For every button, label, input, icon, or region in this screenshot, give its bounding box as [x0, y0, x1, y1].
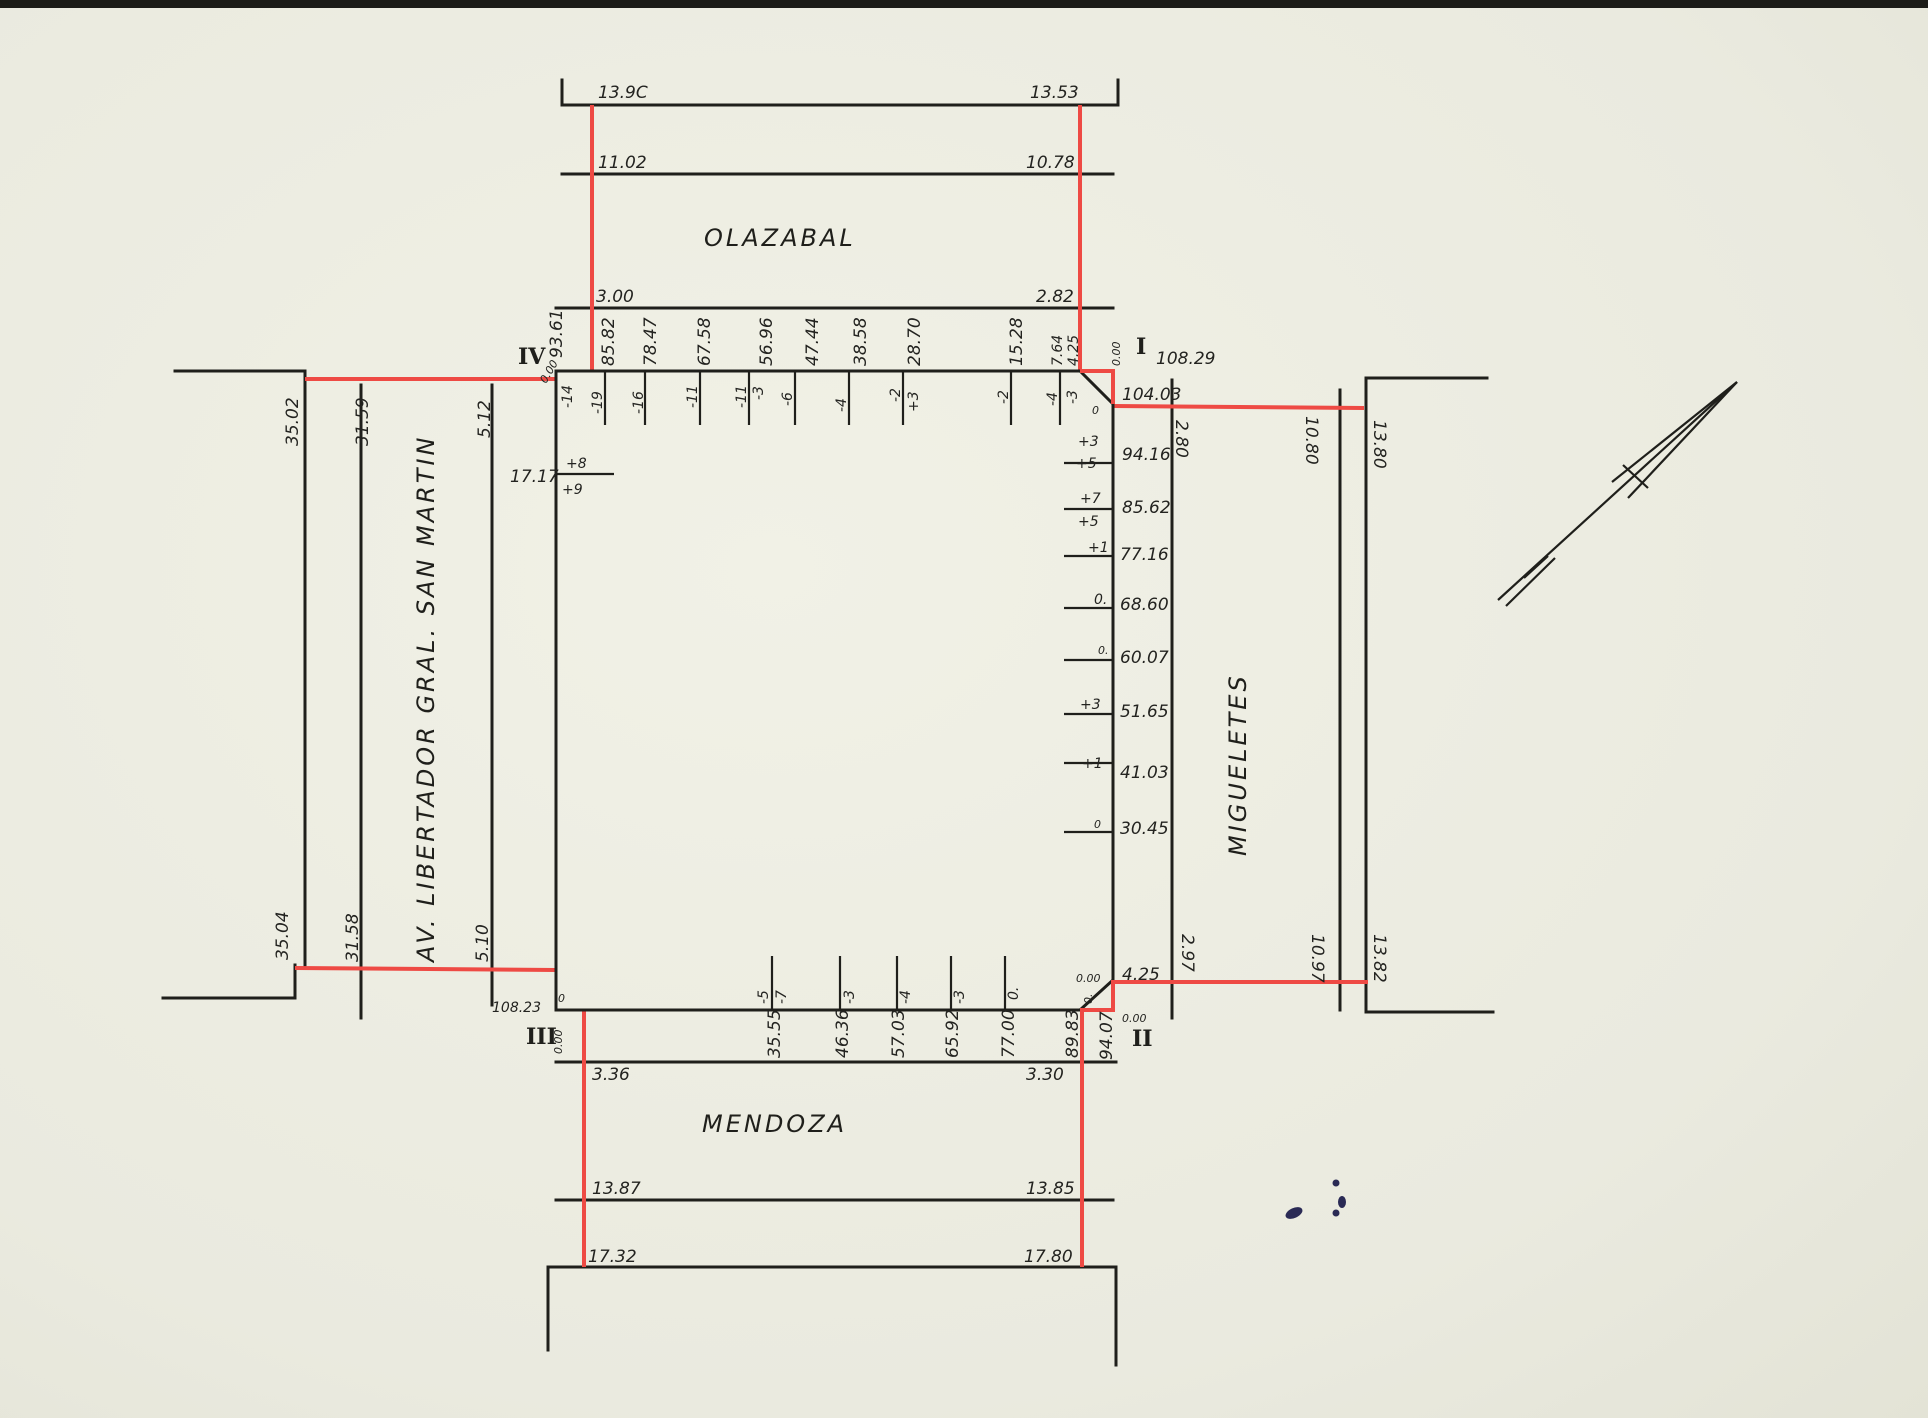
offset-label: 0.	[1094, 592, 1107, 608]
corner-II: II 0.00 94.07 4.25	[1097, 965, 1160, 1060]
survey-plan: 13.9C 11.02 3.00 13.53 10.78 2.82 OLAZAB…	[0, 0, 1928, 1418]
station-label: 67.58	[695, 317, 715, 366]
offset-label: -11	[734, 385, 750, 408]
station-label: 77.16	[1120, 545, 1169, 565]
migueletes-profile-top	[1113, 406, 1364, 408]
corner-marker-I: I	[1136, 334, 1146, 360]
level-label: 31.59	[353, 397, 373, 446]
offset-label: 0.	[1006, 987, 1022, 1000]
station-label: 7.64	[1050, 335, 1066, 366]
level-label: 31.58	[343, 913, 363, 962]
station-label: 89.83	[1063, 1009, 1083, 1058]
level-label: 13.9C	[598, 83, 648, 103]
level-label: 2.82	[1036, 287, 1074, 307]
west-side-stations: 17.17 +8 +9	[510, 456, 614, 498]
level-label: 13.85	[1026, 1179, 1075, 1199]
corner-value: 0.00	[1122, 1012, 1147, 1025]
level-label: 5.12	[475, 400, 495, 438]
station-label: 17.17	[510, 467, 559, 487]
station-label: 94.16	[1122, 445, 1171, 465]
corner-value: 94.07	[1097, 1011, 1117, 1060]
offset-label: +1	[1082, 756, 1103, 772]
station-label: 85.82	[599, 317, 619, 366]
level-label: 13.82	[1369, 934, 1389, 983]
offset-label: +5	[1078, 514, 1099, 530]
corner-value: 108.23	[492, 1000, 541, 1016]
corner-value: 104.03	[1122, 385, 1181, 405]
level-label: 17.80	[1024, 1247, 1073, 1267]
level-label: 5.10	[473, 924, 493, 962]
offset-label: 0.00	[1076, 972, 1101, 985]
offset-label: +5	[1076, 456, 1097, 472]
level-label: 2.97	[1177, 934, 1197, 972]
corner-value: 108.29	[1156, 349, 1215, 369]
station-label: 68.60	[1120, 595, 1169, 615]
corner-value: 0.00	[552, 1030, 565, 1055]
libertador-far-curb	[175, 371, 305, 965]
station-label: 78.47	[641, 317, 661, 366]
offset-label: 0	[1092, 404, 1099, 417]
offset-label: -3	[1065, 390, 1081, 404]
level-label: 35.02	[283, 397, 303, 446]
corner-IV: IV 0.00 93.61	[518, 309, 567, 385]
station-label: 46.36	[833, 1009, 853, 1058]
station-label: 60.07	[1120, 648, 1169, 668]
migueletes-far-curb	[1366, 378, 1493, 1012]
offset-label: 0	[1094, 818, 1101, 831]
offset-label: -2	[888, 388, 904, 402]
offset-label: +9	[562, 482, 583, 498]
level-label: 2.80	[1171, 420, 1191, 458]
south-side-stations: 35.55 46.36 57.03 65.92 77.00 89.83 -5 -…	[756, 956, 1101, 1058]
level-label: 10.78	[1026, 153, 1075, 173]
corner-I: I 0.00 108.29 104.03	[1110, 334, 1215, 405]
level-label: 10.97	[1307, 934, 1327, 983]
level-label: 35.04	[273, 911, 293, 960]
offset-label: -3	[842, 990, 858, 1004]
level-label: 17.32	[588, 1247, 637, 1267]
station-label: 41.03	[1120, 763, 1169, 783]
offset-label: -4	[1045, 392, 1061, 406]
offset-label: +3	[906, 391, 922, 412]
offset-label: -6	[780, 392, 796, 406]
offset-label: -4	[834, 398, 850, 412]
station-label: 56.96	[757, 317, 777, 366]
station-label: 15.28	[1007, 317, 1027, 366]
corner-value: 4.25	[1122, 965, 1160, 985]
offset-label: 0.	[1098, 644, 1109, 657]
offset-label: -4	[898, 990, 914, 1004]
station-label: 51.65	[1120, 702, 1169, 722]
libertador-avenue: 35.02 31.59 5.12 35.04 31.58 5.10 AV. LI…	[163, 371, 556, 1018]
offset-label: 0.	[1082, 994, 1095, 1005]
offset-label: -7	[774, 990, 790, 1004]
station-label: 35.55	[765, 1009, 785, 1058]
offset-label: -19	[590, 391, 606, 414]
level-label: 3.00	[596, 287, 634, 307]
corner-value: 0	[558, 992, 565, 1005]
level-label: 11.02	[598, 153, 647, 173]
mendoza-street: 3.36 3.30 13.87 13.85 17.32 17.80 MENDOZ…	[548, 1010, 1116, 1365]
station-label: 77.00	[999, 1009, 1019, 1058]
street-name-olazabal: OLAZABAL	[704, 224, 856, 252]
mendoza-far-curb	[548, 1267, 1116, 1365]
station-label: 85.62	[1122, 498, 1171, 518]
corner-marker-IV: IV	[518, 344, 546, 370]
corner-marker-II: II	[1132, 1026, 1153, 1052]
station-label: 30.45	[1120, 819, 1169, 839]
libertador-profile-bottom	[295, 968, 556, 970]
block-outline	[556, 371, 1113, 1010]
offset-label: -3	[952, 990, 968, 1004]
station-label: 4.25	[1066, 335, 1082, 366]
libertador-far-curb-bottom	[163, 965, 295, 998]
offset-label: +3	[1078, 434, 1099, 450]
offset-label: +8	[566, 456, 587, 472]
level-label: 13.87	[592, 1179, 641, 1199]
migueletes-street: 2.80 10.80 13.80 2.97 10.97 13.82 MIGUEL…	[1113, 378, 1493, 1018]
offset-label: -16	[631, 391, 647, 414]
offset-label: -3	[751, 386, 767, 400]
ink-specks	[1284, 1180, 1346, 1222]
offset-label: -5	[756, 990, 772, 1004]
offset-label: -11	[685, 385, 701, 408]
offset-label: +1	[1088, 540, 1109, 556]
station-label: 47.44	[803, 317, 823, 366]
street-name-libertador: AV. LIBERTADOR GRAL. SAN MARTIN	[412, 435, 440, 965]
station-label: 57.03	[889, 1009, 909, 1058]
north-arrow-icon	[1498, 382, 1737, 606]
offset-label: -14	[560, 385, 576, 408]
offset-label: -2	[996, 390, 1012, 404]
level-label: 10.80	[1301, 416, 1321, 465]
east-side-stations: 94.16 85.62 77.16 68.60 60.07 51.65 41.0…	[1064, 434, 1171, 839]
offset-label: +3	[1080, 697, 1101, 713]
street-name-mendoza: MENDOZA	[702, 1110, 847, 1138]
level-label: 3.30	[1026, 1065, 1064, 1085]
level-label: 3.36	[592, 1065, 630, 1085]
station-label: 38.58	[851, 317, 871, 366]
corner-value: 93.61	[547, 309, 567, 358]
corner-III: III 0.00 108.23 0	[492, 992, 565, 1054]
corner-value: 0.00	[1110, 342, 1123, 367]
level-label: 13.53	[1030, 83, 1079, 103]
street-name-migueletes: MIGUELETES	[1224, 673, 1252, 856]
level-label: 13.80	[1369, 420, 1389, 469]
station-label: 28.70	[905, 317, 925, 366]
station-label: 65.92	[943, 1009, 963, 1058]
city-block	[556, 371, 1113, 1010]
offset-label: +7	[1080, 491, 1101, 507]
